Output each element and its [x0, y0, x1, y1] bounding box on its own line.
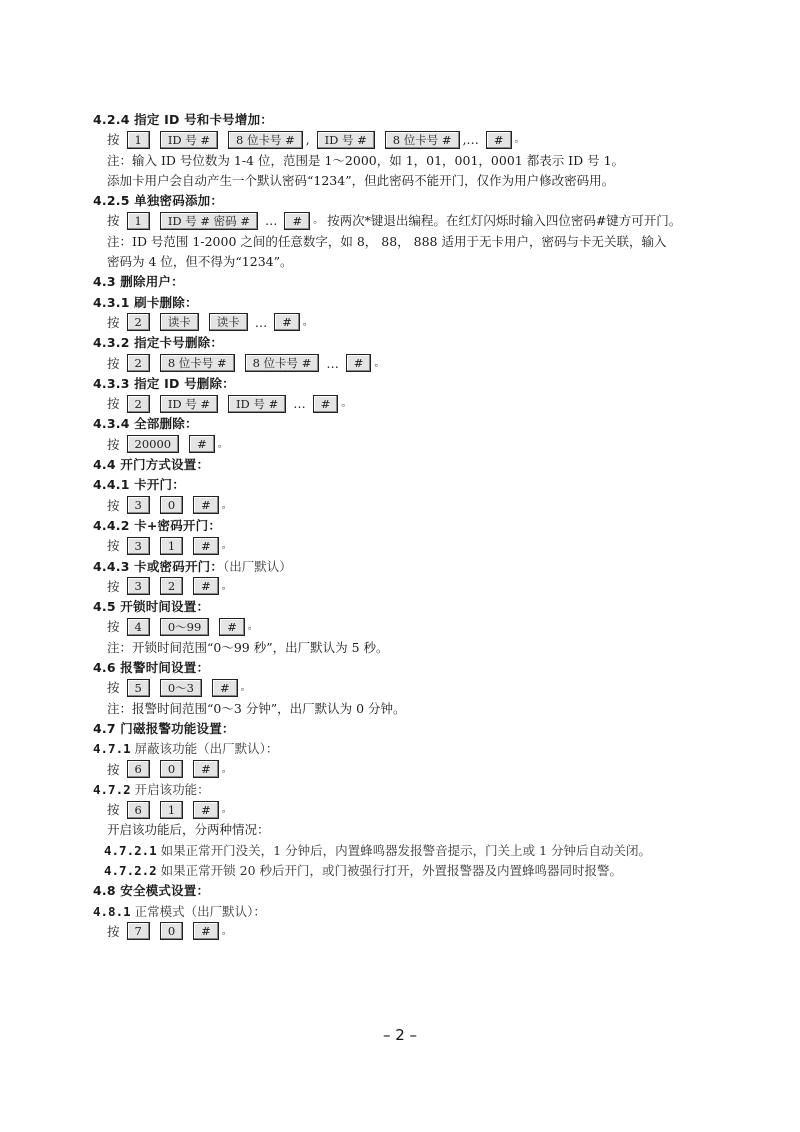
section-heading-4-7-1: 4.7.1 屏蔽该功能（出厂默认）：	[93, 739, 713, 759]
key-id-password: ID 号 # 密码 #	[160, 212, 258, 230]
key-sequence-4-4-1: 按 3 0 #。	[93, 496, 713, 516]
intro-text: 开启该功能后，分两种情况：	[93, 820, 713, 840]
key-sequence-4-3-4: 按 20000 #。	[93, 435, 713, 455]
factory-default-label: （出厂默认）	[223, 559, 292, 574]
key-hash: #	[193, 537, 219, 555]
key-hash: #	[219, 618, 245, 636]
key-1: 1	[127, 212, 150, 230]
key-sequence-4-4-2: 按 3 1 #。	[93, 536, 713, 556]
key-id: ID 号 #	[160, 131, 218, 149]
key-2: 2	[127, 313, 150, 331]
page-number: – 2 –	[0, 1026, 800, 1044]
key-6: 6	[127, 760, 150, 778]
key-sequence-4-4-3: 按 3 2 #。	[93, 577, 713, 597]
case-4-7-2-1: 4.7.2.1 如果正常开门没关，1 分钟后，内置蜂鸣器发报警音提示，门关上或 …	[93, 841, 713, 861]
note: 密码为 4 位，但不得为“1234”。	[93, 252, 713, 272]
section-heading-4-4: 4.4 开门方式设置：	[93, 455, 713, 475]
key-sequence-4-3-1: 按 2 读卡 读卡 … #。	[93, 313, 713, 333]
section-heading-4-2-5: 4.2.5 单独密码添加：	[93, 191, 713, 211]
key-hash: #	[193, 760, 219, 778]
key-0: 0	[160, 922, 183, 940]
key-range: 0～3	[160, 679, 202, 697]
key-hash: #	[193, 801, 219, 819]
section-heading-4-4-3: 4.4.3 卡或密码开门：（出厂默认）	[93, 557, 713, 577]
key-read-card: 读卡	[209, 313, 248, 331]
note: 注：开锁时间范围“0～99 秒”，出厂默认为 5 秒。	[93, 638, 713, 658]
key-card: 8 位卡号 #	[160, 354, 235, 372]
key-hash: #	[193, 496, 219, 514]
key-id: ID 号 #	[228, 395, 286, 413]
section-heading-4-7: 4.7 门磁报警功能设置：	[93, 719, 713, 739]
key-sequence-4-7-2: 按 6 1 #。	[93, 800, 713, 820]
section-heading-4-3: 4.3 删除用户：	[93, 272, 713, 292]
key-0: 0	[160, 760, 183, 778]
key-sequence-4-3-2: 按 2 8 位卡号 # 8 位卡号 # … #。	[93, 354, 713, 374]
key-hash: #	[274, 313, 300, 331]
key-card: 8 位卡号 #	[245, 354, 320, 372]
instruction-text: 按两次*键退出编程。在红灯闪烁时输入四位密码#键方可开门。	[327, 213, 681, 228]
key-range: 0～99	[160, 618, 209, 636]
section-heading-4-6: 4.6 报警时间设置：	[93, 658, 713, 678]
key-4: 4	[127, 618, 150, 636]
section-heading-4-5: 4.5 开锁时间设置：	[93, 597, 713, 617]
key-hash: #	[193, 922, 219, 940]
key-hash: #	[189, 435, 215, 453]
section-heading-4-3-2: 4.3.2 指定卡号删除：	[93, 333, 713, 353]
note: 注：输入 ID 号位数为 1-4 位，范围是 1～2000，如 1，01，001…	[93, 151, 713, 171]
key-3: 3	[127, 577, 150, 595]
key-3: 3	[127, 537, 150, 555]
key-1: 1	[160, 801, 183, 819]
section-heading-4-3-1: 4.3.1 刷卡删除：	[93, 293, 713, 313]
section-heading-4-7-2: 4.7.2 开启该功能：	[93, 780, 713, 800]
key-sequence-4-7-1: 按 6 0 #。	[93, 760, 713, 780]
key-hash: #	[284, 212, 310, 230]
key-2: 2	[160, 577, 183, 595]
note: 注：ID 号范围 1-2000 之间的任意数字，如 8， 88， 888 适用于…	[93, 232, 713, 252]
key-read-card: 读卡	[160, 313, 199, 331]
section-heading-4-8-1: 4.8.1 正常模式（出厂默认）：	[93, 902, 713, 922]
key-hash: #	[212, 679, 238, 697]
key-hash: #	[346, 354, 372, 372]
key-hash: #	[193, 577, 219, 595]
key-7: 7	[127, 922, 150, 940]
key-card: 8 位卡号 #	[228, 131, 303, 149]
section-heading-4-3-3: 4.3.3 指定 ID 号删除：	[93, 374, 713, 394]
section-heading-4-3-4: 4.3.4 全部删除：	[93, 414, 713, 434]
section-heading-4-2-4: 4.2.4 指定 ID 号和卡号增加：	[93, 110, 713, 130]
section-heading-4-8: 4.8 安全模式设置：	[93, 881, 713, 901]
key-2: 2	[127, 354, 150, 372]
note: 注：报警时间范围“0～3 分钟”，出厂默认为 0 分钟。	[93, 699, 713, 719]
key-6: 6	[127, 801, 150, 819]
key-sequence-4-5: 按 4 0～99 #。	[93, 617, 713, 637]
key-sequence-4-8-1: 按 7 0 #。	[93, 922, 713, 942]
key-1: 1	[160, 537, 183, 555]
key-sequence-4-3-3: 按 2 ID 号 # ID 号 # … #。	[93, 394, 713, 414]
key-id: ID 号 #	[160, 395, 218, 413]
key-5: 5	[127, 679, 150, 697]
key-3: 3	[127, 496, 150, 514]
key-card: 8 位卡号 #	[385, 131, 460, 149]
key-hash: #	[486, 131, 512, 149]
section-heading-4-4-1: 4.4.1 卡开门：	[93, 475, 713, 495]
key-sequence-4-6: 按 5 0～3 #。	[93, 678, 713, 698]
key-0: 0	[160, 496, 183, 514]
key-1: 1	[127, 131, 150, 149]
section-heading-4-4-2: 4.4.2 卡+密码开门：	[93, 516, 713, 536]
case-4-7-2-2: 4.7.2.2 如果正常开锁 20 秒后开门，或门被强行打开，外置报警器及内置蜂…	[93, 861, 713, 881]
key-sequence-4-2-4: 按 1 ID 号 # 8 位卡号 #, ID 号 # 8 位卡号 #,… #。	[93, 130, 713, 150]
key-2: 2	[127, 395, 150, 413]
key-id: ID 号 #	[317, 131, 375, 149]
key-sequence-4-2-5: 按 1 ID 号 # 密码 # … #。 按两次*键退出编程。在红灯闪烁时输入四…	[93, 211, 713, 231]
press-label: 按	[107, 132, 120, 147]
note: 添加卡用户会自动产生一个默认密码“1234”，但此密码不能开门，仅作为用户修改密…	[93, 171, 713, 191]
key-20000: 20000	[127, 435, 180, 453]
document-page: 4.2.4 指定 ID 号和卡号增加： 按 1 ID 号 # 8 位卡号 #, …	[93, 110, 713, 942]
key-hash: #	[313, 395, 339, 413]
